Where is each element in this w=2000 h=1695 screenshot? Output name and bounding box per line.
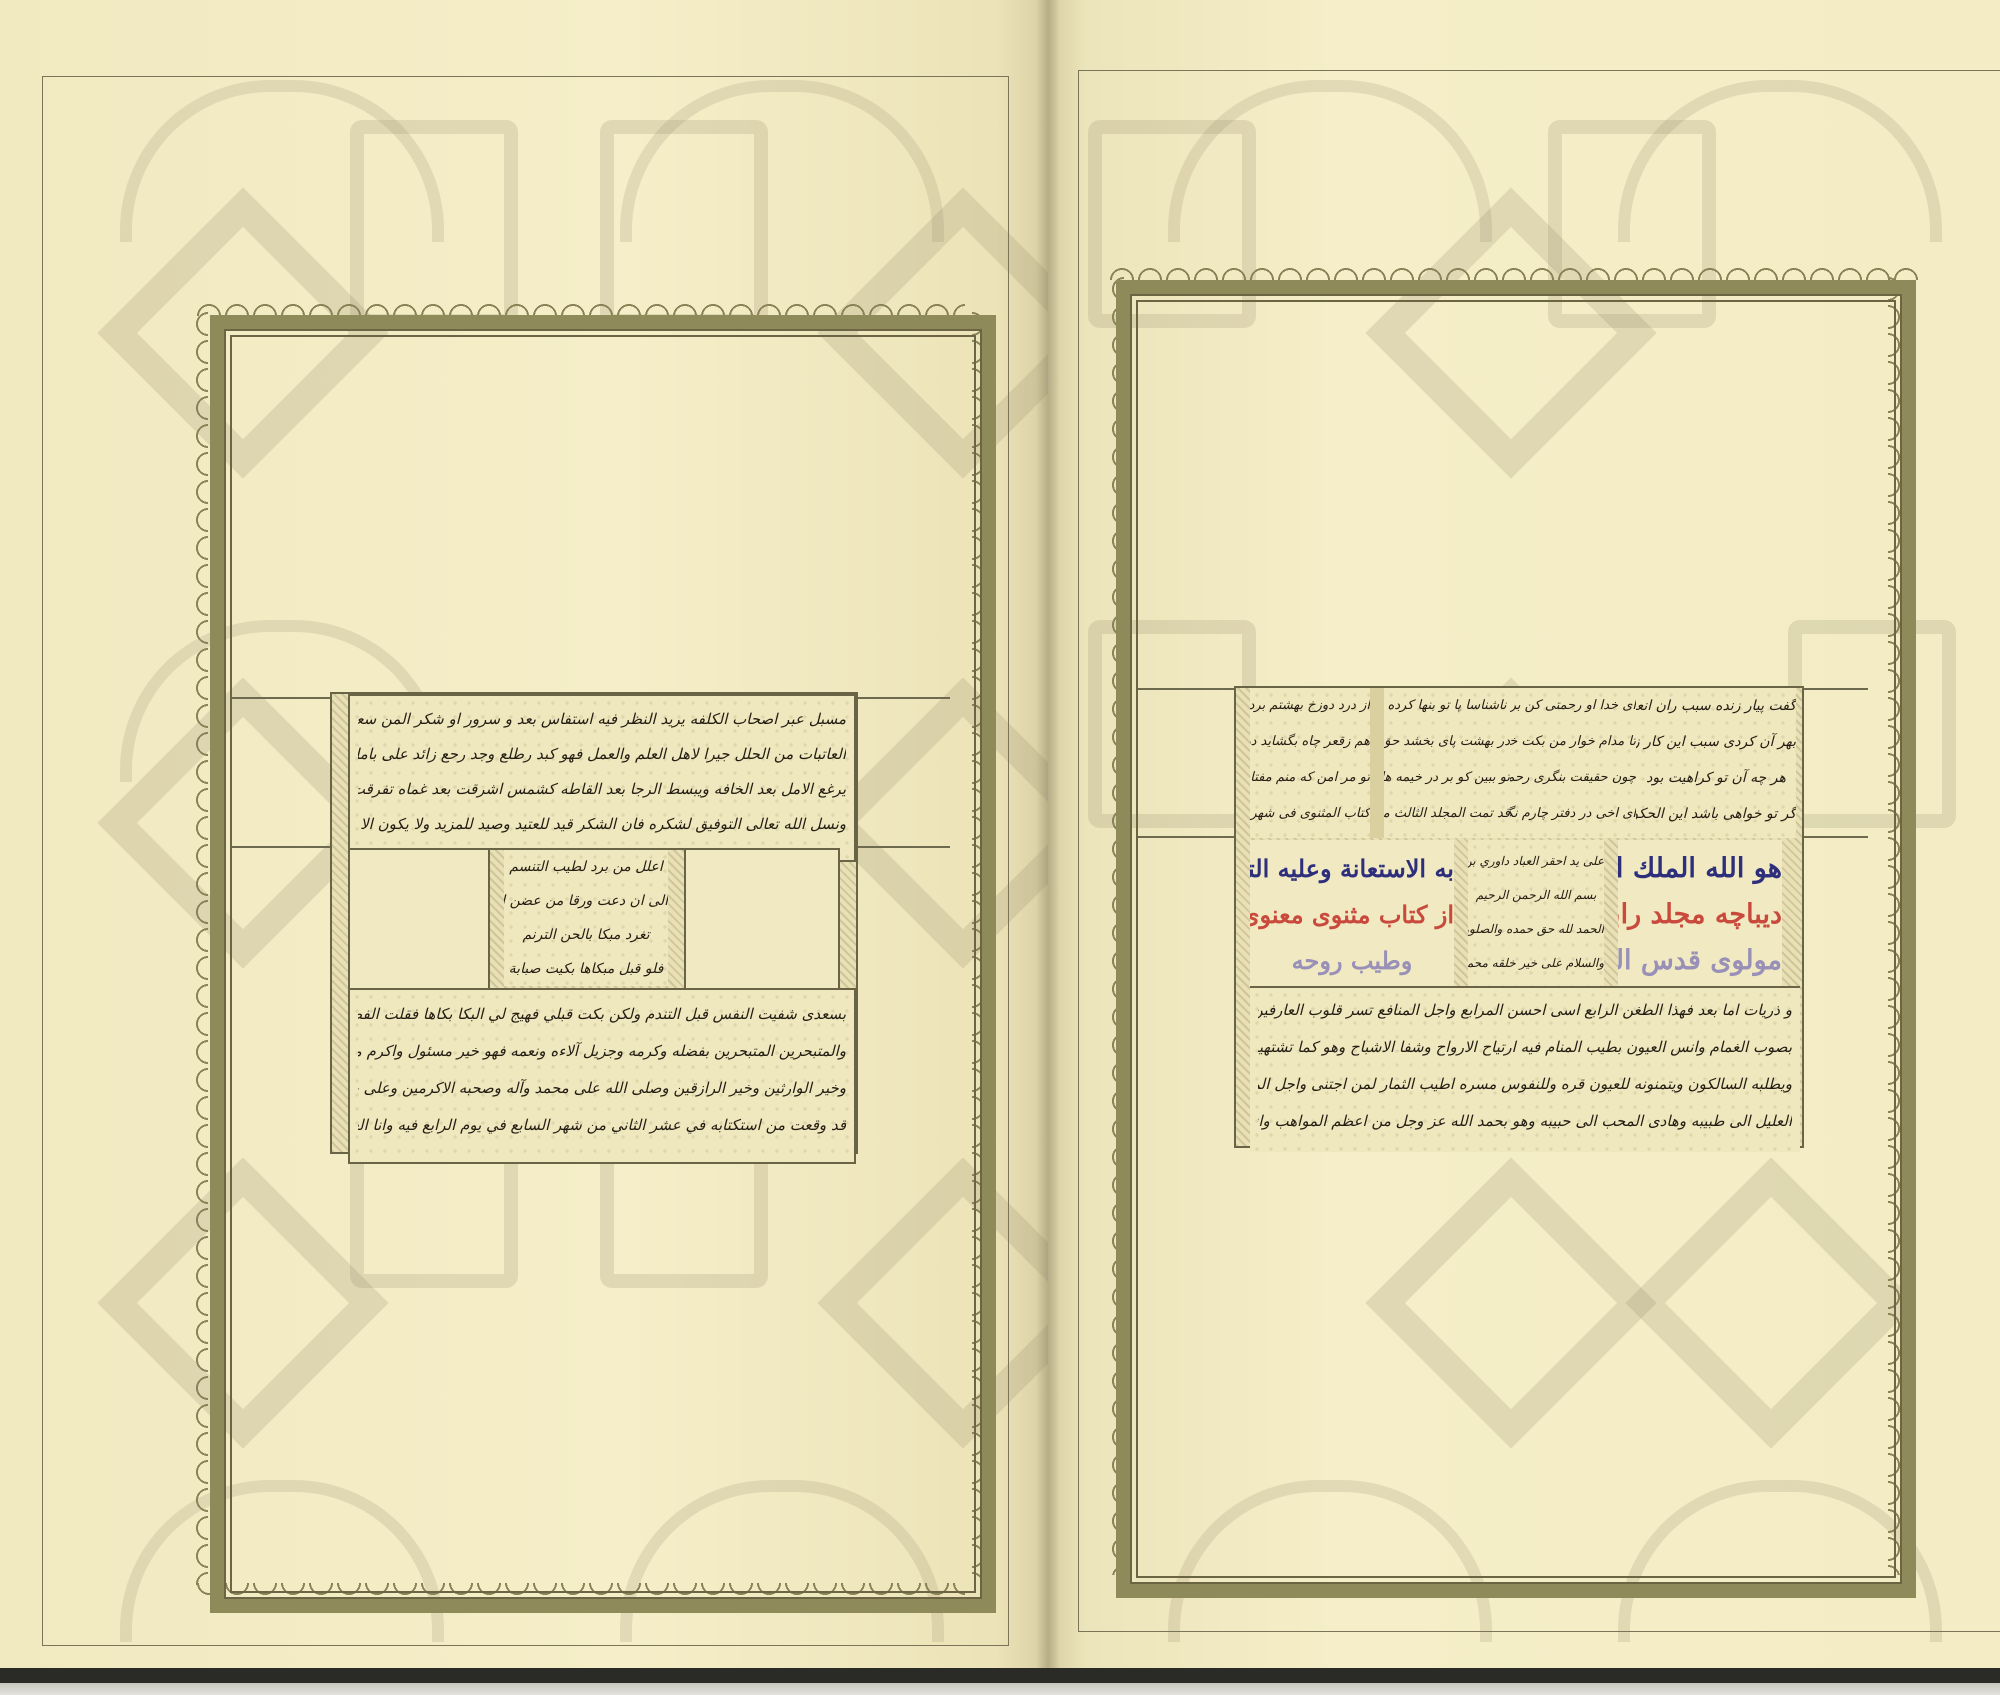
heading-line-lilac: مولوى قدس الله سره	[1618, 938, 1782, 984]
verse-line: والسلام على خير خلقه محمد وآله وصحبه	[1468, 946, 1604, 980]
verse-line: هر چه آن تو كراهيت بود	[1636, 760, 1796, 796]
prose-line: العاتبات من الحلل جيرا لاهل العلم والعمل…	[358, 737, 846, 772]
heading-right-panel: هو الله الملك المنان ديباچه مجلد رابع مو…	[1618, 840, 1782, 992]
verse-line: فلو قبل مبكاها بكيت صبابة	[504, 952, 668, 986]
verse-line: اعلل من برد لطيب التنسم	[504, 850, 668, 884]
colophon-line: على يد احقر العباد داوري بن الوصال	[1468, 844, 1604, 878]
verse-line: گفت پيار زنده سبب ران انعش	[1636, 688, 1796, 724]
blank-panel	[684, 848, 840, 992]
verse-line: هم زقعر چاه بگشايد درى	[1250, 724, 1370, 760]
heading-line-red: از كتاب مثنوى معنوى	[1250, 892, 1454, 938]
verse-line: الحمد لله حق حمده والصلوة	[1468, 912, 1604, 946]
verse-line: تو مر امن كه منم مفتاح راه	[1250, 760, 1370, 796]
prose-line: والمتبحرين المتبحرين بفضله وكرمه وجزيل آ…	[358, 1033, 846, 1070]
verse-line: تو ببين كو بر در خيمه ها بجا	[1384, 760, 1510, 796]
prose-line: و ذريات اما بعد فهذا الطغن الرابع اسى اح…	[1258, 992, 1792, 1029]
verse-line: از درد دوزخ بهشتم برده	[1250, 688, 1370, 724]
prose-line: العليل الى طبيبه وهادى المحب الى حبيبه و…	[1258, 1103, 1792, 1140]
heading-line-red: ديباچه مجلد رابع	[1618, 892, 1782, 938]
left-center-verse: اعلل من برد لطيب التنسم الى ان دعت ورقا …	[504, 850, 668, 986]
ruling-line	[850, 697, 950, 699]
verse-line: بهر آن كردى سبب اين كار زش	[1636, 724, 1796, 760]
basmala-line: بسم الله الرحمن الرحيم	[1468, 878, 1604, 912]
right-bottom-prose: و ذريات اما بعد فهذا الطغن الرابع اسى اح…	[1250, 986, 1800, 1152]
prose-line: قد وقعت من استكتابه في عشر الثاني من شهر…	[358, 1107, 846, 1144]
prose-line: بسعدى شفيت النفس قبل التندم ولكن بكت قبل…	[358, 996, 846, 1033]
left-top-prose: مسبل عبر اصحاب الكلفه يريد النظر فيه است…	[348, 694, 856, 862]
prose-line: ونسل الله تعالى التوفيق لشكره فان الشكر …	[358, 807, 846, 842]
prose-line: بصوب الغمام وانس العيون بطيب المنام فيه …	[1258, 1029, 1792, 1066]
verse-line: گر تو خواهى باشد اين الحكو	[1636, 796, 1796, 832]
verse-line: تغرد مبكا بالحن الترنم	[504, 918, 668, 952]
prose-line: وخير الوارثين وخير الرازقين وصلى الله عل…	[358, 1070, 846, 1107]
verse-column: گفت پيار زنده سبب ران انعش بهر آن كردى س…	[1622, 688, 1796, 838]
heading-left-panel: به الاستعانة وعليه التكلان از كتاب مثنوى…	[1250, 840, 1454, 992]
prose-line: مسبل عبر اصحاب الكلفه يريد النظر فيه است…	[358, 702, 846, 737]
verse-column: اى خدا او رحمتى كن بر عيسى تا مدام خوار …	[1496, 688, 1636, 838]
prose-line: يرغع الامل بعد الخافه ويبسط الرجا بعد ال…	[358, 772, 846, 807]
heading-line-blue: به الاستعانة وعليه التكلان	[1250, 846, 1454, 892]
scallop-border-top	[195, 298, 965, 316]
verse-column: از درد دوزخ بهشتم برده هم زقعر چاه بگشاي…	[1250, 688, 1370, 838]
basmala-panel: على يد احقر العباد داوري بن الوصال بسم ا…	[1468, 840, 1604, 990]
heading-line-blue: هو الله الملك المنان	[1618, 846, 1782, 892]
verse-line: اى خدا او رحمتى كن بر عيسى	[1510, 688, 1636, 724]
scallop-border-top	[1108, 262, 1918, 280]
verse-line: قد تمت المجلد الثالث من	[1384, 796, 1510, 832]
verse-column: ناشناسا پا تو بنها كرده در بهشت پاى بخشد…	[1370, 688, 1510, 838]
left-page: مسبل عبر اصحاب الكلفه يريد النظر فيه است…	[0, 0, 1048, 1668]
scallop-border-left	[190, 310, 208, 1585]
left-bottom-prose: بسعدى شفيت النفس قبل التندم ولكن بكت قبل…	[348, 988, 856, 1164]
right-page: گفت پيار زنده سبب ران انعش بهر آن كردى س…	[1048, 0, 2000, 1668]
verse-line: چون حقيقت بنگرى رحمت بود	[1510, 760, 1636, 796]
prose-line: ويطلبه السالكون ويتمنونه للعيون قره وللن…	[1258, 1066, 1792, 1103]
heading-line-lilac: وطيب روحه	[1250, 938, 1454, 984]
scan-bottom-edge	[0, 1668, 2000, 1695]
verse-line: كتاب المثنوى فى شهر جب	[1250, 796, 1370, 832]
blank-panel	[348, 848, 492, 992]
verse-line: تا مدام خوار من بكت خار را	[1510, 724, 1636, 760]
book-gutter	[1036, 0, 1060, 1668]
verse-line: در بهشت پاى بخشد حق ترى	[1384, 724, 1510, 760]
verse-line: اى اخى در دفتر چارم نگر	[1510, 796, 1636, 832]
ruling-line	[850, 846, 950, 848]
verse-line: ناشناسا پا تو بنها كرده	[1384, 688, 1510, 724]
verse-line: الى ان دعت ورقا من عضن ايكة	[504, 884, 668, 918]
